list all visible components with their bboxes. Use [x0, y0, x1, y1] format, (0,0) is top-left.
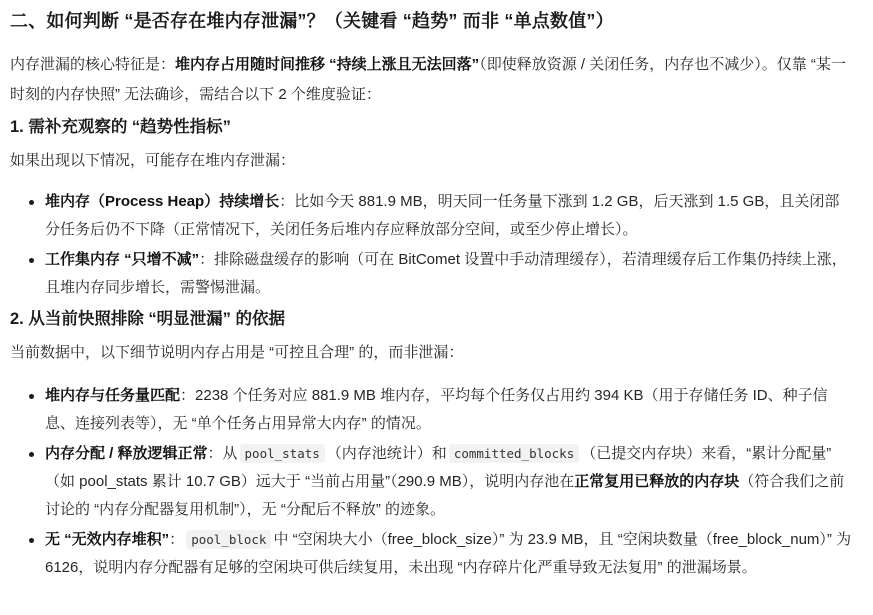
section2-lead-paragraph: 当前数据中，以下细节说明内存占用是 “可控且合理” 的，而非泄漏： — [10, 338, 853, 368]
trend-indicator-list: 堆内存（Process Heap）持续增长：比如今天 881.9 MB，明天同一… — [10, 188, 853, 302]
bold-text-run: 正常复用已释放的内存块 — [574, 473, 739, 490]
document-title: 二、如何判断 “是否存在堆内存泄漏”？（关键看 “趋势” 而非 “单点数值”） — [10, 10, 853, 32]
list-item-no-dead-memory: 无 “无效内存堆积”：pool_block中 “空闲块大小（free_block… — [45, 526, 853, 582]
text-run: 二、如何判断 “是否存在堆内存泄漏”？（关键看 “趋势” 而非 “单点数值”） — [10, 11, 614, 31]
inline-code-chip: pool_stats — [240, 444, 325, 463]
subsection-heading-trend-indicators: 1. 需补充观察的 “趋势性指标” — [10, 116, 853, 138]
intro-paragraph: 内存泄漏的核心特征是：堆内存占用随时间推移 “持续上涨且无法回落”（即使释放资源… — [10, 50, 853, 110]
inline-code-chip: committed_blocks — [449, 444, 579, 463]
list-item-working-set: 工作集内存 “只增不减”：排除磁盘缓存的影响（可在 BitComet 设置中手动… — [45, 246, 853, 302]
bold-text-run: 工作集内存 “只增不减” — [45, 251, 199, 268]
leak-exclusion-list: 堆内存与任务量匹配：2238 个任务对应 881.9 MB 堆内存，平均每个任务… — [10, 382, 853, 582]
list-item-alloc-free-logic: 内存分配 / 释放逻辑正常：从pool_stats（内存池统计）和committ… — [45, 440, 853, 524]
subsection-heading-leak-exclusion: 2. 从当前快照排除 “明显泄漏” 的依据 — [10, 308, 853, 330]
text-run: ： — [169, 531, 184, 548]
bold-text-run: 无 “无效内存堆积” — [45, 531, 169, 548]
section1-lead-paragraph: 如果出现以下情况，可能存在堆内存泄漏： — [10, 146, 853, 176]
memory-leak-analysis-document: 二、如何判断 “是否存在堆内存泄漏”？（关键看 “趋势” 而非 “单点数值”） … — [0, 0, 873, 582]
inline-code-chip: pool_block — [186, 530, 271, 549]
bold-text-run: 内存分配 / 释放逻辑正常 — [45, 445, 208, 462]
text-run: ：从 — [208, 445, 238, 462]
bold-text-run: 堆内存（Process Heap）持续增长 — [45, 193, 279, 210]
text-run: 如果出现以下情况，可能存在堆内存泄漏： — [10, 152, 295, 169]
bold-text-run: 堆内存占用随时间推移 “持续上涨且无法回落” — [175, 56, 479, 73]
bold-text-run: 堆内存与任务量匹配 — [45, 387, 180, 404]
list-item-heap-growth: 堆内存（Process Heap）持续增长：比如今天 881.9 MB，明天同一… — [45, 188, 853, 244]
text-run: 2. 从当前快照排除 “明显泄漏” 的依据 — [10, 310, 285, 328]
text-run: 当前数据中，以下细节说明内存占用是 “可控且合理” 的，而非泄漏： — [10, 344, 463, 361]
text-run: 内存泄漏的核心特征是： — [10, 56, 175, 73]
text-run: （内存池统计）和 — [327, 445, 447, 462]
text-run: 1. 需补充观察的 “趋势性指标” — [10, 118, 231, 136]
list-item-task-memory-match: 堆内存与任务量匹配：2238 个任务对应 881.9 MB 堆内存，平均每个任务… — [45, 382, 853, 438]
